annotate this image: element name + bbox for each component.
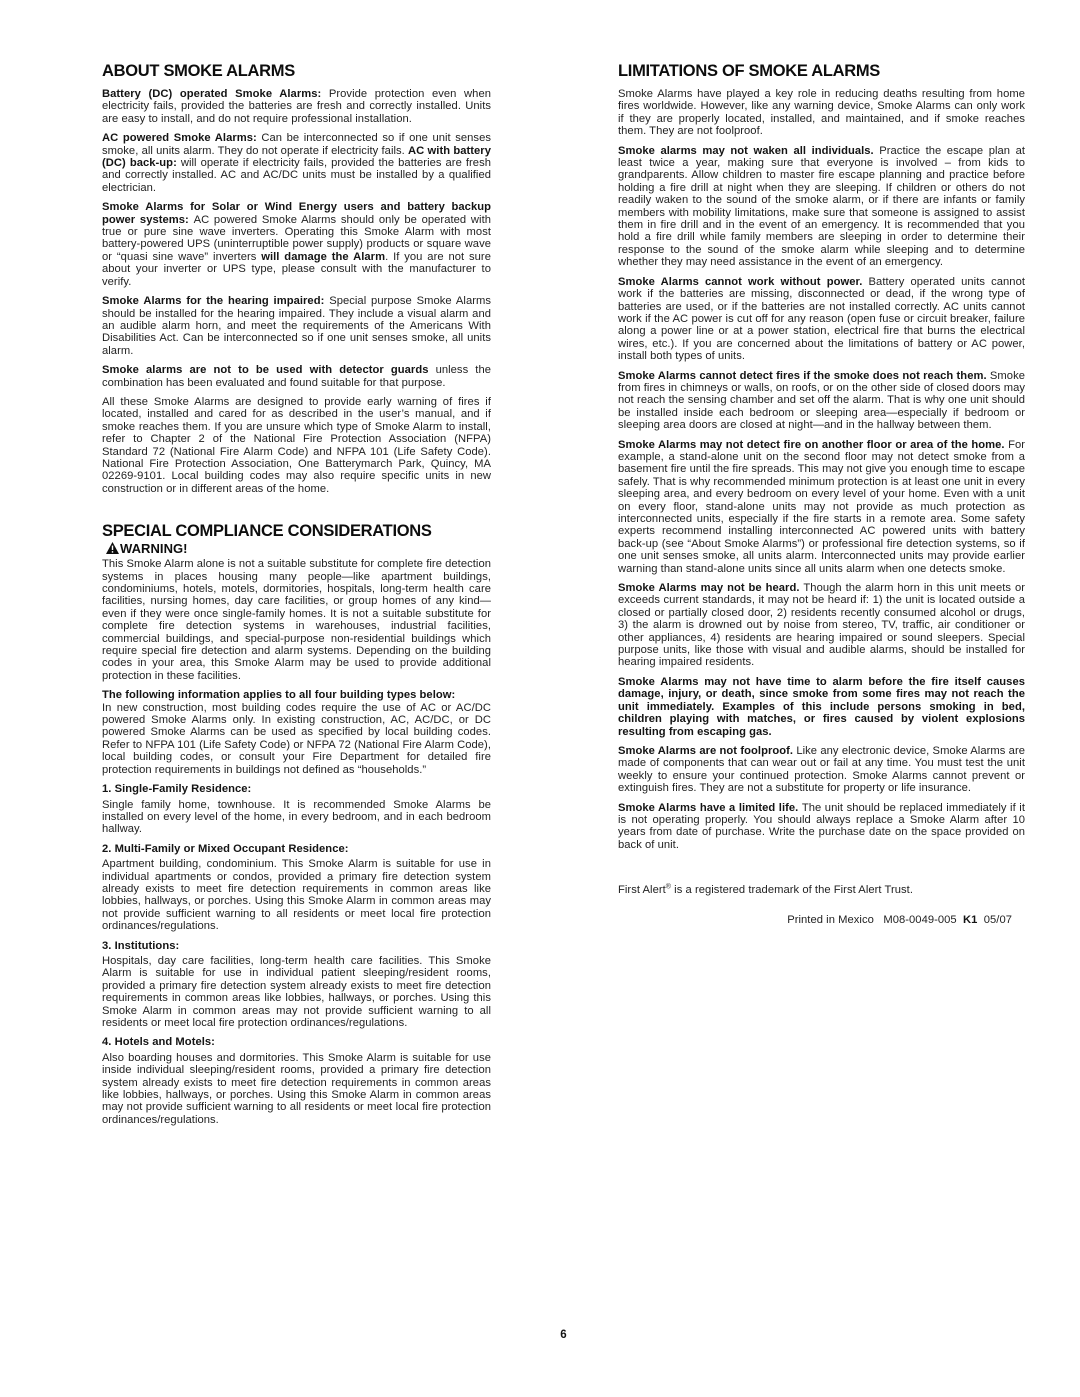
paragraph: Hospitals, day care facilities, long-ter… (102, 955, 491, 1029)
paragraph: Smoke Alarms have a limited life. The un… (618, 802, 1025, 852)
paragraph: In new construction, most building codes… (102, 702, 491, 776)
subheading: 1. Single-Family Residence: (102, 783, 491, 795)
left-column: ABOUT SMOKE ALARMSBattery (DC) operated … (102, 62, 491, 1126)
paragraph: Smoke Alarms have played a key role in r… (618, 88, 1025, 138)
section-heading: SPECIAL COMPLIANCE CONSIDERATIONS (102, 522, 491, 540)
paragraph: Also boarding houses and dormitories. Th… (102, 1052, 491, 1126)
paragraph: Smoke Alarms are not foolproof. Like any… (618, 745, 1025, 795)
paragraph: Smoke Alarms cannot detect fires if the … (618, 370, 1025, 432)
paragraph: Smoke Alarms may not be heard. Though th… (618, 582, 1025, 669)
paragraph: AC powered Smoke Alarms: Can be intercon… (102, 132, 491, 194)
lead-line: The following information applies to all… (102, 689, 491, 701)
warning-label: WARNING! (120, 541, 188, 556)
right-column: LIMITATIONS OF SMOKE ALARMSSmoke Alarms … (618, 62, 1025, 926)
page-number: 6 (102, 1329, 1025, 1341)
paragraph: Smoke alarms are not to be used with det… (102, 364, 491, 389)
trademark-note: First Alert® is a registered trademark o… (618, 884, 1025, 896)
paragraph: Apartment building, condominium. This Sm… (102, 858, 491, 932)
paragraph: Smoke Alarms for Solar or Wind Energy us… (102, 201, 491, 288)
subheading: 3. Institutions: (102, 940, 491, 952)
subheading: 4. Hotels and Motels: (102, 1036, 491, 1048)
paragraph: Single family home, townhouse. It is rec… (102, 799, 491, 836)
print-info: Printed in Mexico M08-0049-005 K1 05/07 (618, 914, 1025, 926)
section-heading: LIMITATIONS OF SMOKE ALARMS (618, 62, 1025, 80)
paragraph: All these Smoke Alarms are designed to p… (102, 396, 491, 495)
paragraph: Smoke alarms may not waken all individua… (618, 145, 1025, 269)
paragraph: Smoke Alarms for the hearing impaired: S… (102, 295, 491, 357)
warning-triangle-icon (106, 542, 119, 554)
section-heading: ABOUT SMOKE ALARMS (102, 62, 491, 80)
paragraph: Smoke Alarms may not detect fire on anot… (618, 439, 1025, 575)
warning-heading: WARNING! (102, 541, 491, 556)
subheading: 2. Multi-Family or Mixed Occupant Reside… (102, 843, 491, 855)
paragraph: Battery (DC) operated Smoke Alarms: Prov… (102, 88, 491, 125)
paragraph: This Smoke Alarm alone is not a suitable… (102, 558, 491, 682)
paragraph: Smoke Alarms may not have time to alarm … (618, 676, 1025, 738)
paragraph: Smoke Alarms cannot work without power. … (618, 276, 1025, 363)
